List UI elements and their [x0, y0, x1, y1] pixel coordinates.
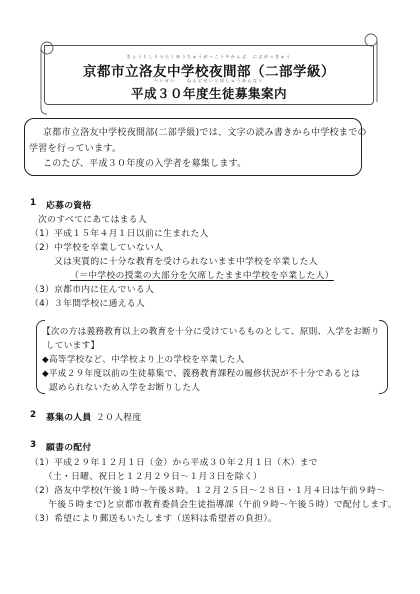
- intro-line-2: 学習を行っています。: [29, 143, 121, 157]
- section-3-line-4: 午後５時まで)と京都市教育委員会生徒指導課（午前９時～午後５時）で配付します。: [30, 497, 397, 510]
- section-2-value: ２０人程度: [96, 410, 142, 423]
- section-3-line-3: （2）洛友中学校(午後１時～午後８時。１２月２５日～２８日・１月４日は午前９時～: [30, 483, 385, 496]
- section-2-number: 2: [30, 410, 36, 420]
- section-1-number: 1: [30, 198, 36, 208]
- item-3-num: （3）: [30, 282, 54, 295]
- note-line-3: ◆高等学校など、中学校より上の学校を卒業した人: [42, 353, 245, 365]
- recruitment-subtitle: 平成３０年度生徒募集案内: [45, 84, 373, 102]
- item-2-text: 中学校を卒業していない人: [54, 240, 163, 253]
- item-3-text: 京都市内に住んでいる人: [54, 282, 154, 295]
- item-1-num: （1）: [30, 226, 54, 239]
- note-line-5: 認められないため入学をお断りした人: [49, 381, 200, 393]
- item-1-text: 平成１５年４月１日以前に生まれた人: [54, 226, 209, 239]
- note-line-4: ◆平成２９年度以前の生徒募集で、義務教育課程の履修状況が不十分であるとは: [42, 367, 360, 379]
- intro-box: 京都市立洛友中学校夜間部(二部学級)では、文字の読み書きから中学校までの 学習を…: [24, 118, 362, 176]
- section-3-line-5: （3）希望により郵送もいたします（送料は希望者の負担）。: [30, 511, 277, 524]
- note-line-2: しています】: [46, 339, 99, 351]
- item-2-num: （2）: [30, 240, 54, 253]
- exclusion-note-box: 【次の方は義務教育以上の教育を十分に受けているものとして、原則、入学をお断り し…: [36, 320, 388, 392]
- item-2-note: （＝中学校の授業の大部分を欠席したまま中学校を卒業した人）: [70, 268, 334, 281]
- section-2-heading: 募集の人員: [46, 410, 92, 423]
- intro-line-3: このたび、平成３０年度の入学者を募集します。: [43, 158, 247, 172]
- section-3-line-2: （土・日曜、祝日と１２月２９日～１月３日を除く）: [30, 469, 262, 482]
- section-1-heading: 応募の資格: [46, 198, 92, 211]
- title-scroll-banner: きょうとしりつらくゆうちゅうがっこうやかんぶ にぶがっきゅう 京都市立洛友中学校…: [44, 45, 374, 105]
- right-bracket: [379, 320, 388, 394]
- note-line-1: 【次の方は義務教育以上の教育を十分に受けているものとして、原則、入学をお断り: [42, 325, 380, 337]
- school-title: 京都市立洛友中学校夜間部（二部学級）: [45, 60, 373, 80]
- section-3-number: 3: [30, 440, 36, 450]
- section-3-heading: 願書の配付: [46, 440, 92, 453]
- item-2-detail: 又は実質的に十分な教育を受けられないまま中学校を卒業した人: [54, 254, 318, 267]
- section-1-lead: 次のすべてにあてはまる人: [38, 212, 147, 225]
- document-page: きょうとしりつらくゆうちゅうがっこうやかんぶ にぶがっきゅう 京都市立洛友中学校…: [0, 0, 420, 594]
- section-3-line-1: （1）平成２９年１２月１日（金）から平成３０年２月１日（木）まで: [30, 455, 318, 468]
- item-4-text: ３年間学校に通える人: [54, 296, 145, 309]
- item-4-num: （4）: [30, 296, 54, 309]
- intro-line-1: 京都市立洛友中学校夜間部(二部学級)では、文字の読み書きから中学校までの: [43, 127, 367, 141]
